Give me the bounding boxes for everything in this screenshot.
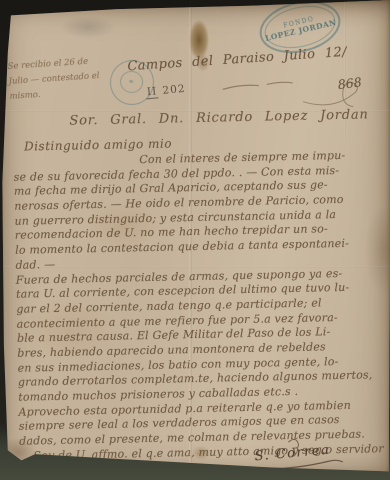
- dateline: Campos del Paraiso Julio 12/: [127, 45, 347, 75]
- salutation: Sor. Gral. Dn. Ricardo Lopez Jordan: [69, 107, 368, 128]
- scanned-letter-scene: FONDO LOPEZ JORDAN Se recibio el 26 de J…: [0, 0, 390, 480]
- letter-paper: FONDO LOPEZ JORDAN Se recibio el 26 de J…: [0, 0, 390, 480]
- archive-received-note: Se recibio el 26 de Julio — contestado e…: [7, 54, 101, 105]
- greeting: Distinguido amigo mio: [24, 136, 172, 153]
- letter-body: Con el interes de siempre me impu- se de…: [13, 148, 386, 464]
- letter-content: Se recibio el 26 de Julio — contestado e…: [0, 0, 390, 480]
- file-number-value: 202: [162, 83, 186, 97]
- file-number-roman: II: [145, 85, 158, 99]
- file-number: II 202: [145, 83, 186, 99]
- dateline-year: 868: [337, 74, 363, 92]
